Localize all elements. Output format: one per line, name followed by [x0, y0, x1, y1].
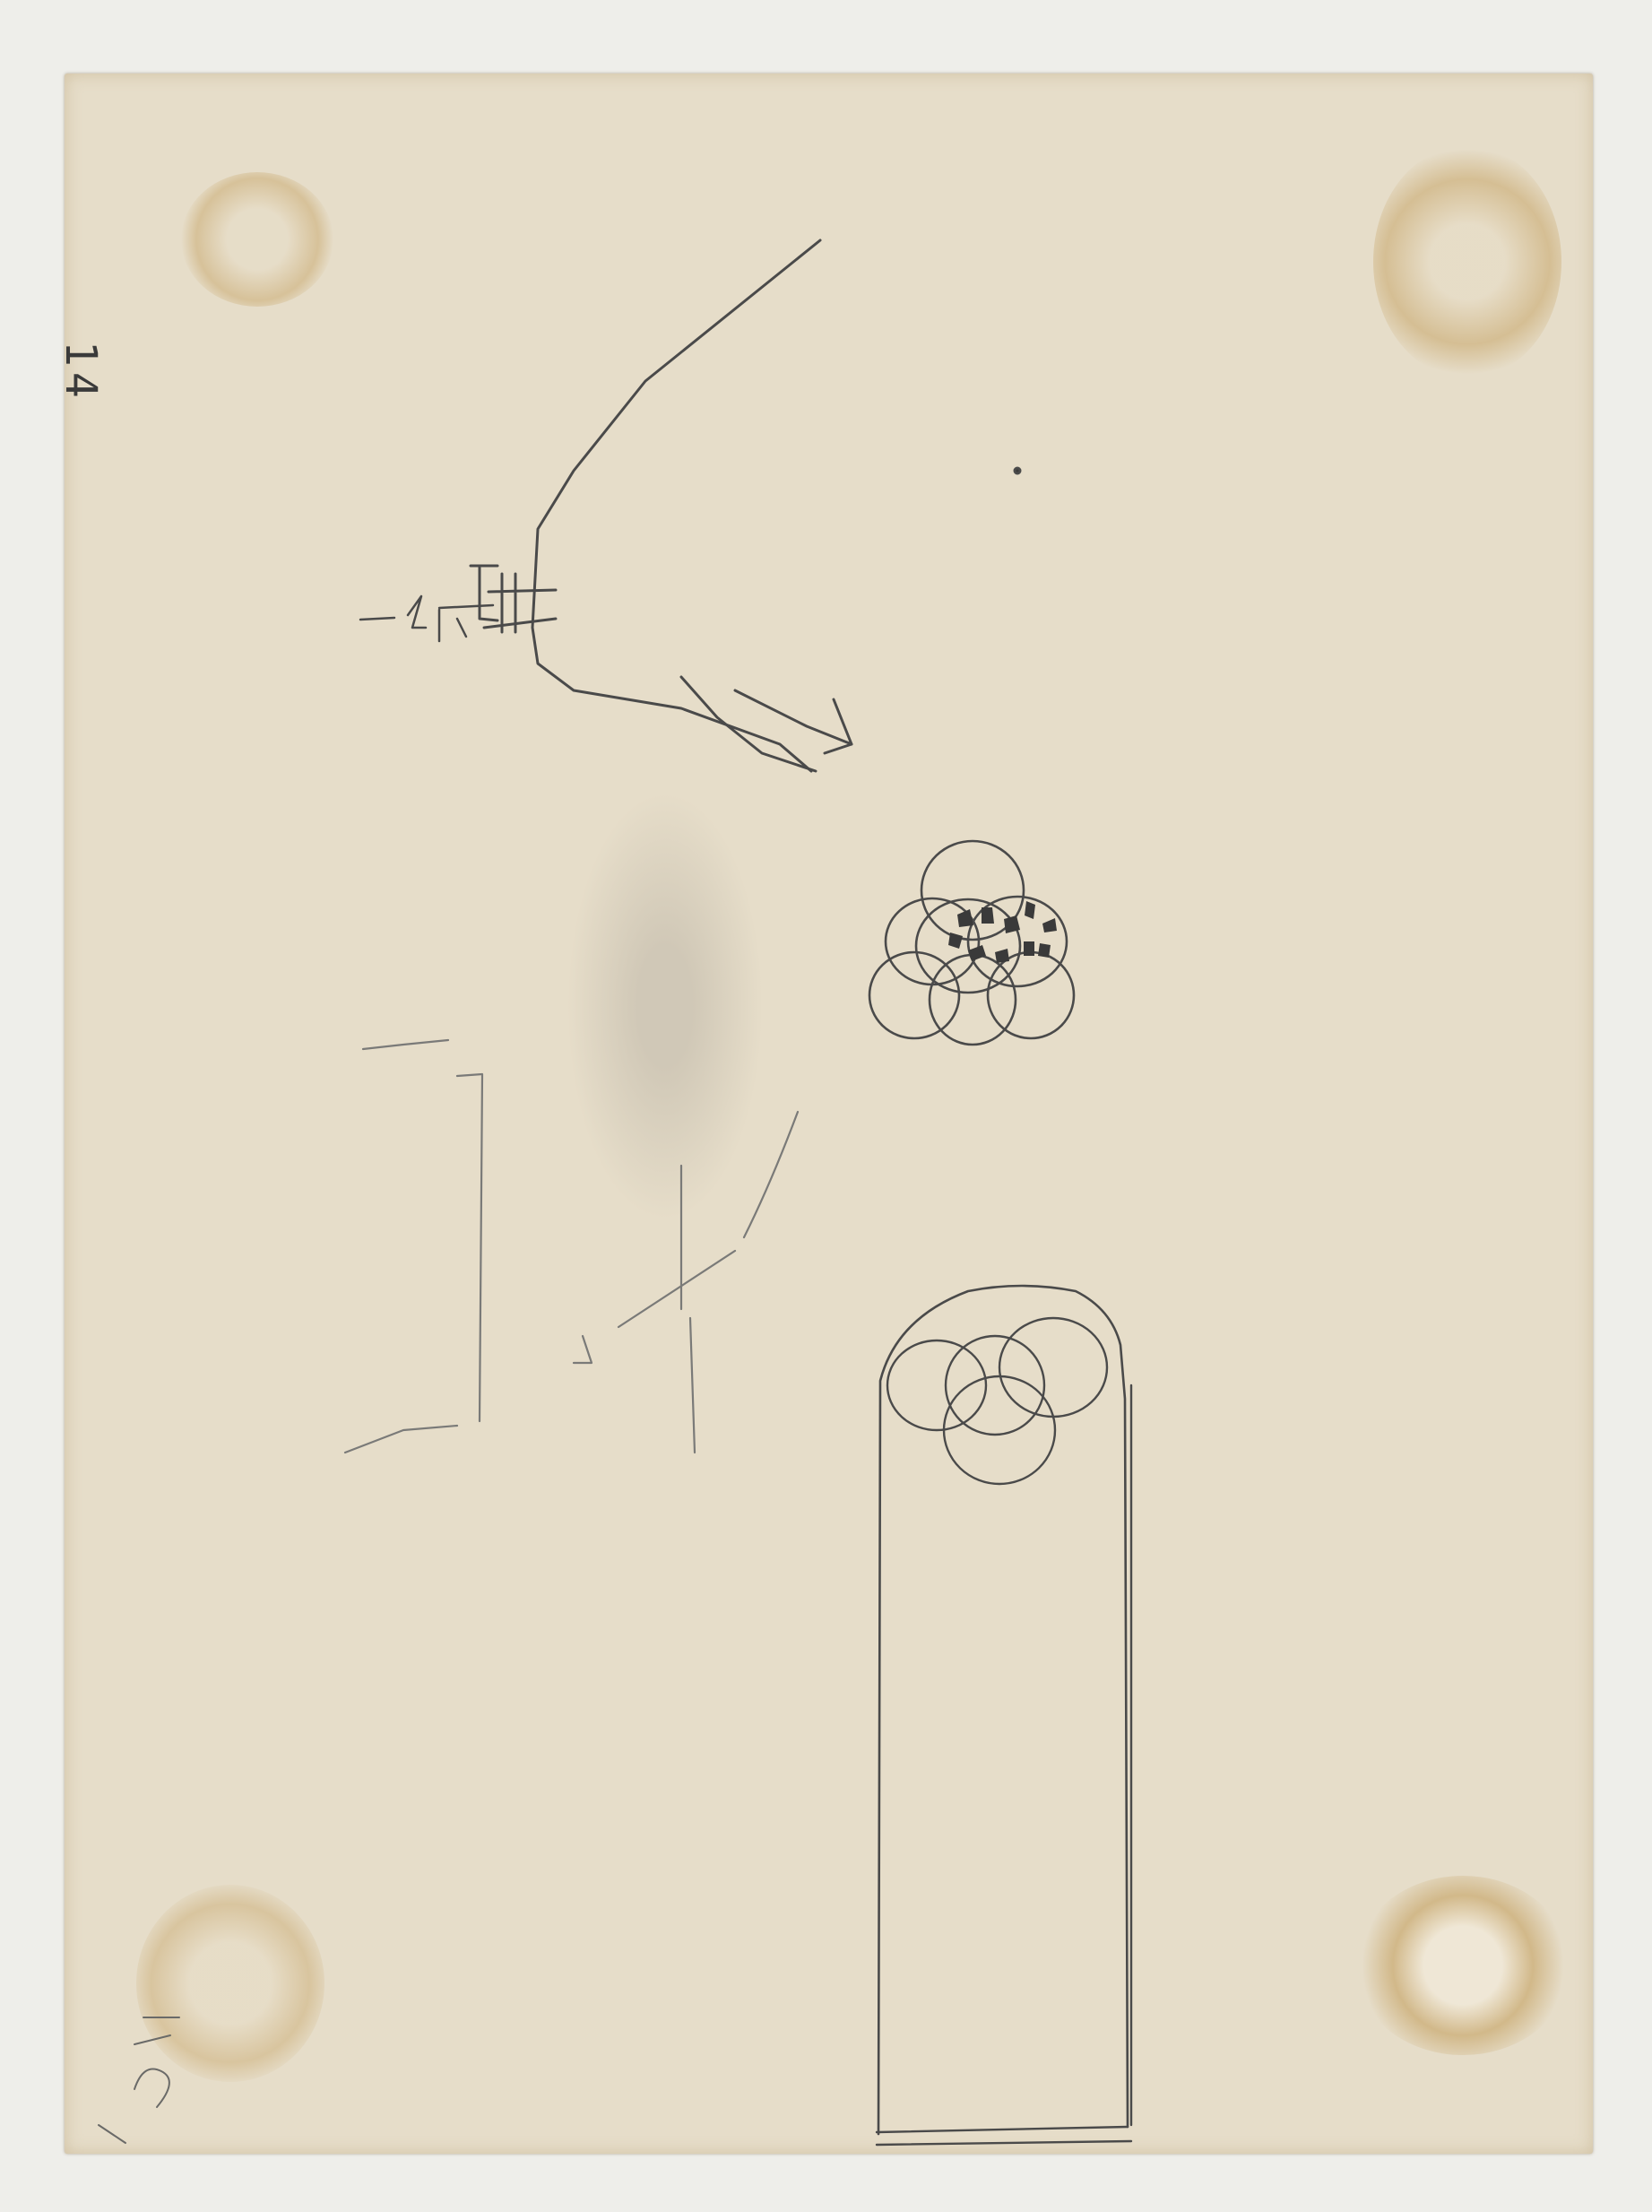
pencil-sketch — [0, 0, 1652, 2212]
